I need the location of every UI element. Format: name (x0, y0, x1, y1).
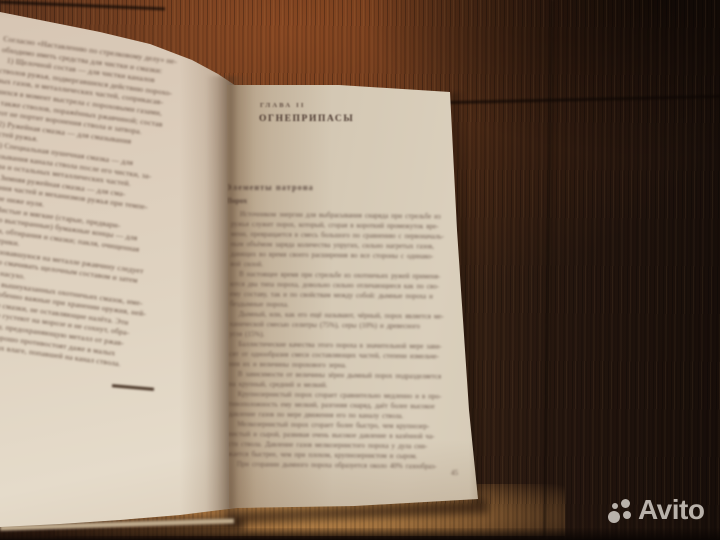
avito-watermark: Avito (604, 496, 720, 536)
book-gutter-shadow (206, 76, 254, 518)
chapter-label: ГЛАВА II (260, 102, 306, 109)
avito-logo-icon (623, 511, 631, 519)
watermark-label: Avito (638, 494, 704, 526)
avito-logo-icon (612, 503, 618, 509)
page-number: 45 (451, 469, 458, 477)
photo-open-book-on-table: Согласно «Наставлению по стрелковому дел… (0, 0, 720, 540)
chapter-title: ОГНЕПРИПАСЫ (259, 114, 354, 124)
pen-dash-mark (112, 384, 154, 391)
book-left-page: Согласно «Наставлению по стрелковому дел… (0, 0, 236, 532)
avito-logo-icon (608, 511, 620, 523)
book-right-page: ГЛАВА II ОГНЕПРИПАСЫ Элементы патрона По… (224, 80, 482, 508)
avito-logo-icon (621, 499, 630, 508)
right-page-text: Источником энергии для выбрасывания снар… (228, 209, 471, 472)
